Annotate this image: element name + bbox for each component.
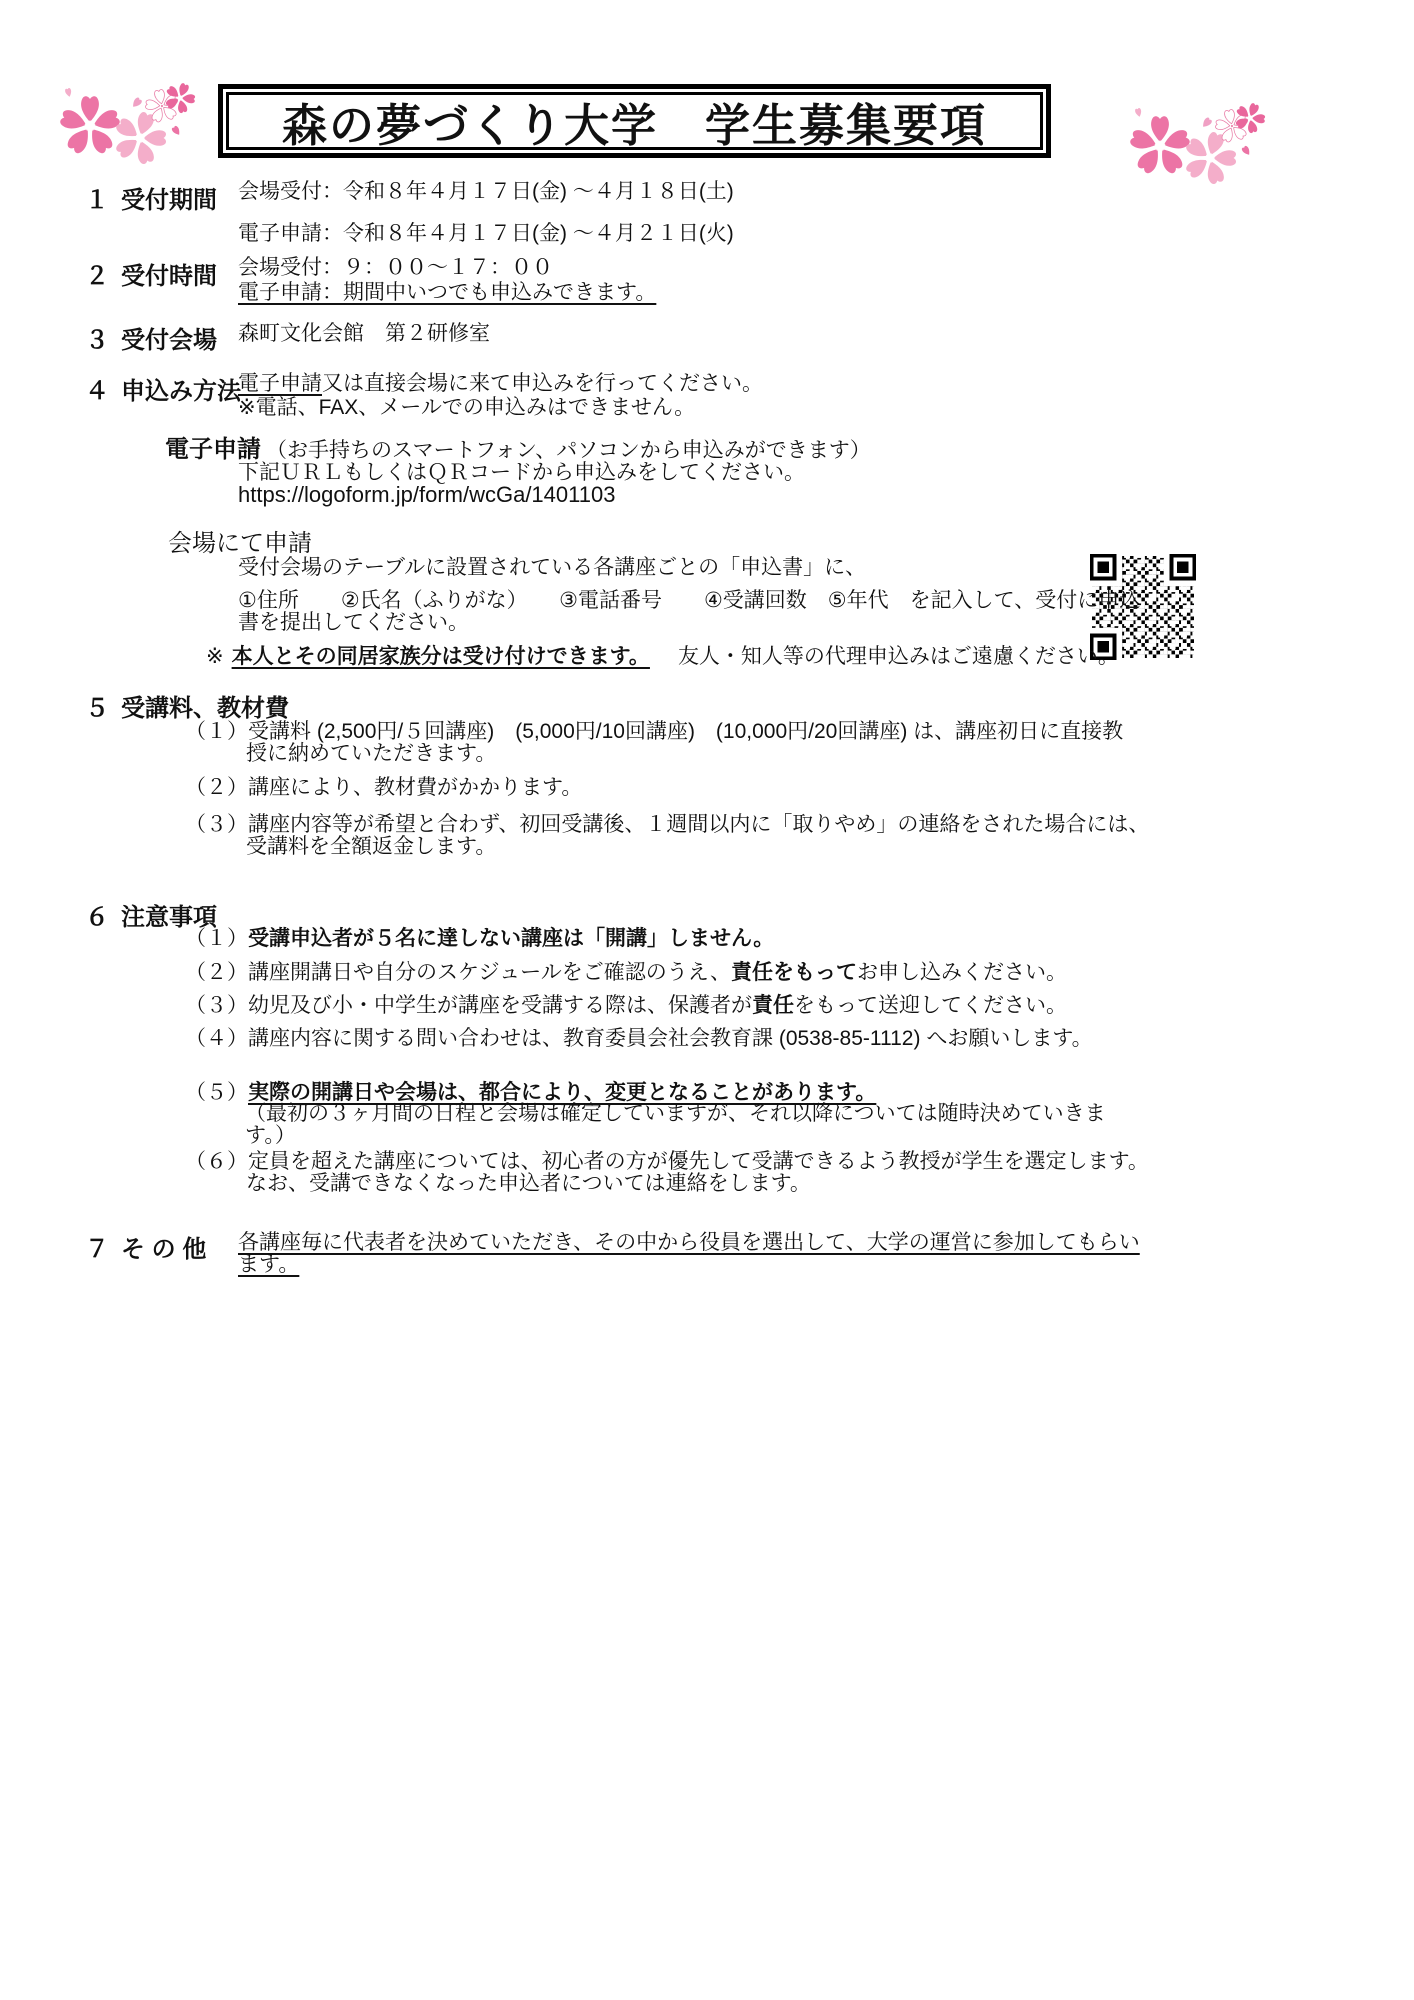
section-number: ５ <box>85 695 109 722</box>
section-number: ２ <box>85 263 109 290</box>
application-method-line-2: ※電話、FAX、メールでの申込みはできません。 <box>238 396 695 420</box>
reception-hours-venue-line: 会場受付：９：００～１７：００ <box>238 256 553 280</box>
section-title: 申込み方法 <box>121 378 241 405</box>
title-box: 森の夢づくり大学 学生募集要項 <box>218 84 1051 158</box>
fee-item-3-continued: 受講料を全額返金します。 <box>246 835 496 859</box>
section-number: ４ <box>85 378 109 405</box>
sakura-decoration-right <box>1128 94 1278 199</box>
note-emphasis: 本人とその同居家族分は受け付けできます。 <box>232 645 650 668</box>
subheading-title: 電子申請 <box>165 436 261 463</box>
item-number: （２） <box>185 961 248 985</box>
document-page: 森の夢づくり大学 学生募集要項 １受付期間 会場受付：令和８年４月１７日(金) … <box>0 0 1414 2000</box>
venue-application-line-2: ①住所 ②氏名（ふりがな） ③電話番号 ④受講回数 ⑤年代 を記入して、受付に申… <box>238 589 1140 613</box>
item-number: （５） <box>185 1081 248 1105</box>
fee-item-1-continued: 授に納めていただきます。 <box>246 742 496 766</box>
application-url: https://logoform.jp/form/wcGa/1401103 <box>238 483 615 507</box>
venue-application-line-1: 受付会場のテーブルに設置されている各講座ごとの「申込書」に、 <box>238 556 866 580</box>
caution-item-4: （４）講座内容に関する問い合わせは、教育委員会社会教育課 (0538-85-11… <box>185 1027 1093 1051</box>
item-number: （４） <box>185 1027 248 1051</box>
reception-period-online-line: 電子申請：令和８年４月１７日(金) ～４月２１日(火) <box>238 222 734 246</box>
section-title: 受講料、教材費 <box>121 695 289 722</box>
reception-hours-online-line: 電子申請：期間中いつでも申込みできます。 <box>238 281 656 305</box>
section-title: 受付会場 <box>121 327 217 354</box>
item-number: （６） <box>185 1150 248 1174</box>
subheading-title: 会場にて申請 <box>168 530 312 557</box>
note-rest: 友人・知人等の代理申込みはご遠慮ください。 <box>678 645 1119 668</box>
underlined-term: 電子申請 <box>238 372 322 395</box>
fee-item-2: （２）講座により、教材費がかかります。 <box>185 776 582 800</box>
item-number: （１） <box>185 720 248 744</box>
caution-item-2: （２）講座開講日や自分のスケジュールをご確認のうえ、責任をもってお申し込みくださ… <box>185 961 1067 985</box>
caution-item-3: （３）幼児及び小・中学生が講座を受講する際は、保護者が責任をもって送迎してくださ… <box>185 994 1067 1018</box>
family-application-note: ※本人とその同居家族分は受け付けできます。友人・知人等の代理申込みはご遠慮くださ… <box>206 645 1119 669</box>
application-method-line-1: 電子申請又は直接会場に来て申込みを行ってください。 <box>238 372 763 396</box>
section-title: 受付時間 <box>121 263 217 290</box>
other-line-1: 各講座毎に代表者を決めていただき、その中から役員を選出して、大学の運営に参加して… <box>238 1231 1140 1255</box>
digital-application-subheading: 電子申請（お手持ちのスマートフォン、パソコンから申込みができます） <box>165 429 871 464</box>
item-number: （３） <box>185 994 248 1018</box>
section-3-heading: ３受付会場 <box>85 320 217 355</box>
caution-item-5-sub-1: （最初の３ヶ月間の日程と会場は確定していますが、それ以降については随時決めていき… <box>245 1102 1106 1126</box>
section-4-heading: ４申込み方法 <box>85 371 241 406</box>
sakura-decoration-left <box>58 74 208 179</box>
caution-item-6: （６）定員を超えた講座については、初心者の方が優先して受講できるよう教授が学生を… <box>185 1150 1149 1174</box>
caution-item-5-sub-2: す。） <box>245 1124 296 1148</box>
reception-venue-line: 森町文化会館 第２研修室 <box>238 322 490 346</box>
section-title: そ の 他 <box>121 1236 206 1263</box>
section-number: ３ <box>85 327 109 354</box>
section-title: 受付期間 <box>121 187 217 214</box>
sakura-flowers-icon <box>58 74 208 174</box>
caution-item-1: （１）受講申込者が５名に達しない講座は「開講」しません。 <box>185 927 774 951</box>
other-line-2: ます。 <box>238 1253 299 1277</box>
caution-item-6-continued: なお、受講できなくなった申込者については連絡をします。 <box>246 1172 811 1196</box>
section-7-heading: ７そ の 他 <box>85 1229 206 1264</box>
section-2-heading: ２受付時間 <box>85 256 217 291</box>
fee-item-3: （３）講座内容等が希望と合わず、初回受講後、１週間以内に「取りやめ」の連絡をされ… <box>185 813 1149 837</box>
venue-application-subheading: 会場にて申請 <box>168 523 312 558</box>
venue-application-line-3: 書を提出してください。 <box>238 611 469 635</box>
section-number: ７ <box>85 1236 109 1263</box>
page-title: 森の夢づくり大学 学生募集要項 <box>282 89 987 154</box>
section-1-heading: １受付期間 <box>85 180 217 215</box>
subheading-note: （お手持ちのスマートフォン、パソコンから申込みができます） <box>266 439 871 462</box>
section-number: １ <box>85 187 109 214</box>
reception-period-venue-line: 会場受付：令和８年４月１７日(金) ～４月１８日(土) <box>238 180 734 204</box>
title-box-inner: 森の夢づくり大学 学生募集要項 <box>226 92 1043 150</box>
section-5-heading: ５受講料、教材費 <box>85 688 289 723</box>
emphasis: 責任 <box>752 994 794 1017</box>
sakura-flowers-icon <box>1128 94 1278 194</box>
fee-item-1: （１）受講料 (2,500円/５回講座) (5,000円/10回講座) (10,… <box>185 720 1123 744</box>
item-number: （１） <box>185 927 248 951</box>
item-number: （３） <box>185 813 248 837</box>
section-number: ６ <box>85 904 109 931</box>
emphasis: 責任をもって <box>731 961 857 984</box>
item-number: （２） <box>185 776 248 800</box>
note-mark: ※ <box>206 645 224 668</box>
